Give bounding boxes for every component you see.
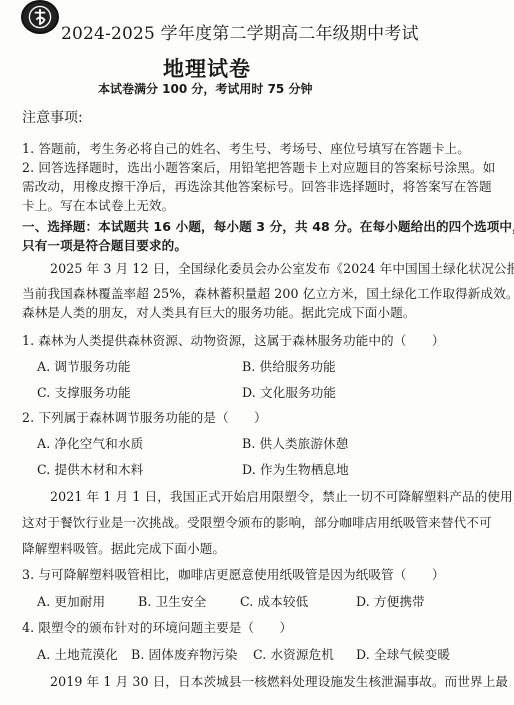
subject-title: 地理试卷 xyxy=(163,53,251,83)
option-a: A. 土地荒漠化 xyxy=(37,644,118,663)
option-b: B. 卫生安全 xyxy=(138,591,206,610)
option-d: D. 全球气候变暖 xyxy=(356,644,450,663)
school-logo-icon xyxy=(21,0,59,34)
option-c: C. 提供木材和木料 xyxy=(37,459,143,478)
notice-item: 2. 回答选择题时，选出小题答案后，用铅笔把答题卡上对应题目的答案标号涂黑。如 xyxy=(22,157,495,176)
question-stem: 3. 与可降解塑料吸管相比，咖啡店更愿意使用纸吸管是因为纸吸管（ ） xyxy=(22,564,445,583)
option-d: D. 作为生物栖息地 xyxy=(242,459,349,478)
option-b: B. 供人类旅游休憩 xyxy=(242,433,348,452)
exam-page: 2024-2025 学年度第二学期高二年级期中考试 地理试卷 本试卷满分 100… xyxy=(0,0,514,705)
section-heading: 一、选择题：本试题共 16 小题，每小题 3 分，共 48 分。在每小题给出的四… xyxy=(22,216,514,235)
option-b: B. 固体废弃物污染 xyxy=(131,644,237,663)
notice-item: 1. 答题前，考生务必将自己的姓名、考生号、考场号、座位号填写在答题卡上。 xyxy=(22,138,470,157)
option-a: A. 调节服务功能 xyxy=(37,356,131,375)
notice-item: 需改动，用橡皮擦干净后，再选涂其他答案标号。回答非选择题时，将答案写在答题 xyxy=(22,176,492,195)
passage-line: 森林是人类的朋友，对人类具有巨大的服务功能。据此完成下面小题。 xyxy=(22,302,416,321)
exam-meta: 本试卷满分 100 分，考试用时 75 分钟 xyxy=(98,80,312,97)
passage-line: 当前我国森林覆盖率超 25%，森林蓄积量超 200 亿立方米，国土绿化工作取得新… xyxy=(22,283,514,302)
option-d: D. 方便携带 xyxy=(356,591,425,610)
passage-line: 这对于餐饮行业是一次挑战。受限塑令颁布的影响，部分咖啡店用纸吸管来替代不可 xyxy=(22,512,492,531)
option-c: C. 水资源危机 xyxy=(253,644,334,663)
option-c: C. 成本较低 xyxy=(240,591,308,610)
option-d: D. 文化服务功能 xyxy=(242,382,336,401)
passage-line: 2021 年 1 月 1 日，我国正式开始启用限塑令，禁止一切不可降解塑料产品的… xyxy=(50,486,514,505)
section-heading: 只有一项是符合题目要求的。 xyxy=(22,235,187,254)
passage-line: 2025 年 3 月 12 日，全国绿化委员会办公室发布《2024 年中国国土绿… xyxy=(50,258,514,277)
option-b: B. 供给服务功能 xyxy=(242,356,336,375)
passage-line: 降解塑料吸管。据此完成下面小题。 xyxy=(22,538,225,557)
question-stem: 1. 森林为人类提供森林资源、动物资源，这属于森林服务功能中的（ ） xyxy=(22,330,445,349)
question-stem: 2. 下列属于森林调节服务功能的是（ ） xyxy=(22,407,267,426)
option-a: A. 净化空气和水质 xyxy=(37,433,143,452)
exam-title: 2024-2025 学年度第二学期高二年级期中考试 xyxy=(61,19,419,44)
passage-line: 2019 年 1 月 30 日，日本茨城县一核燃料处理设施发生核泄漏事故。而世界… xyxy=(50,671,508,690)
option-c: C. 支撑服务功能 xyxy=(37,382,131,401)
option-a: A. 更加耐用 xyxy=(37,591,105,610)
notice-heading: 注意事项: xyxy=(22,107,83,127)
notice-item: 卡上。写在本试卷上无效。 xyxy=(22,195,174,214)
question-stem: 4. 限塑令的颁布针对的环境问题主要是（ ） xyxy=(22,617,292,636)
